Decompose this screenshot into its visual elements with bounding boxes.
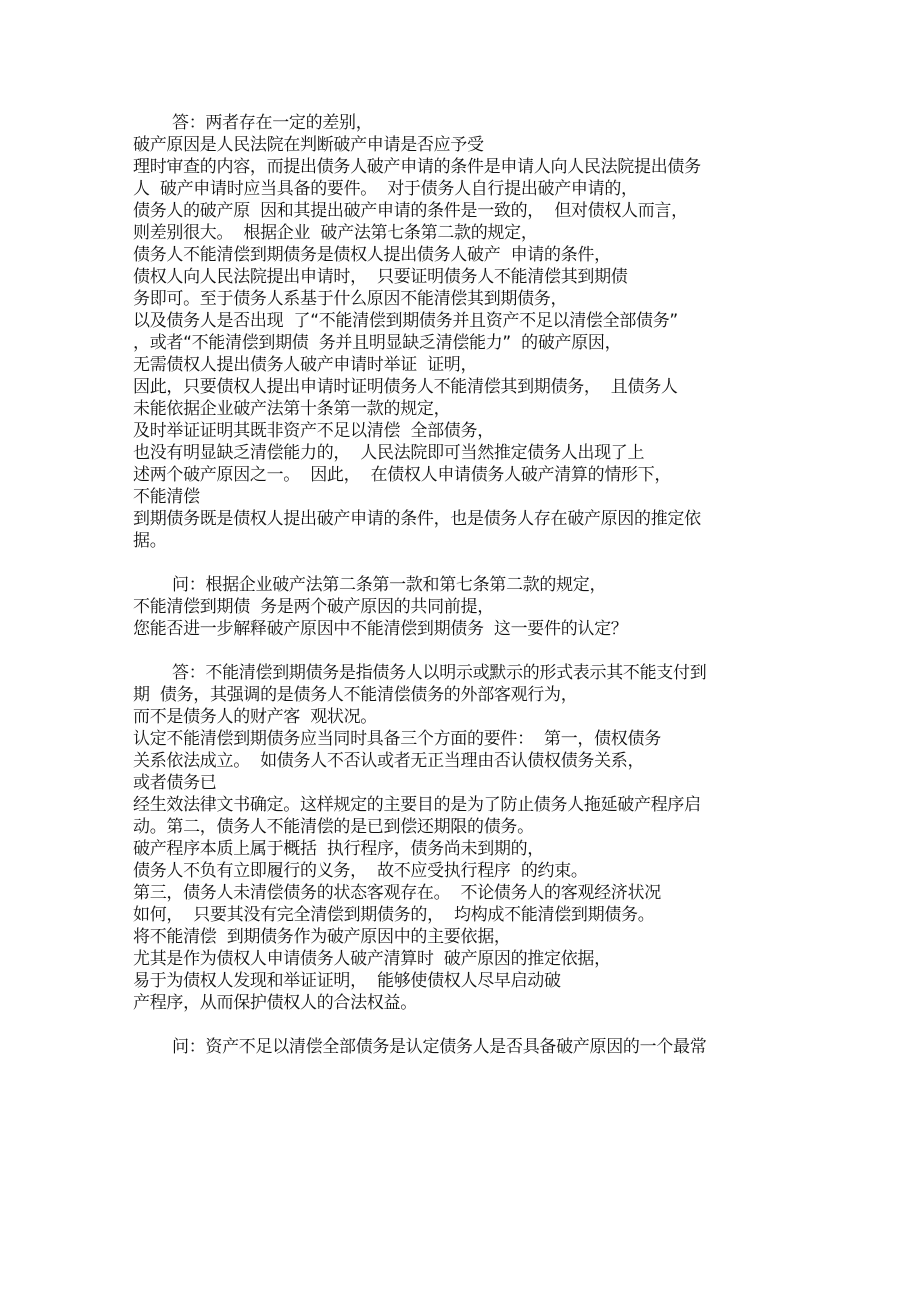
paragraph-answer-2: 答：不能清偿到期债务是指债务人以明示或默示的形式表示其不能支付到 期 债务，其强… [133,662,793,1014]
text-line: 破产原因是人民法院在判断破产申请是否应予受 [133,134,793,156]
text-line: 不能清偿到期债 务是两个破产原因的共同前提， [133,596,793,618]
text-line: 债务人不负有立即履行的义务， 故不应受执行程序 的约束。 [133,860,793,882]
text-line: 第三，债务人未清偿债务的状态客观存在。 不论债务人的客观经济状况 [133,882,793,904]
text-line: 破产程序本质上属于概括 执行程序，债务尚未到期的， [133,838,793,860]
text-line: 将不能清偿 到期债务作为破产原因中的主要依据， [133,926,793,948]
text-line: 而不是债务人的财产客 观状况。 [133,706,793,728]
text-line: 答：不能清偿到期债务是指债务人以明示或默示的形式表示其不能支付到 [133,662,793,684]
text-line: 如何， 只要其没有完全清偿到期债务的， 均构成不能清偿到期债务。 [133,904,793,926]
text-line: 不能清偿 [133,486,793,508]
text-line: 债权人向人民法院提出申请时， 只要证明债务人不能清偿其到期债 [133,266,793,288]
text-line: 务即可。至于债务人系基于什么原因不能清偿其到期债务， [133,288,793,310]
text-line: 债务人的破产原 因和其提出破产申请的条件是一致的， 但对债权人而言， [133,200,793,222]
text-line: 动。第二，债务人不能清偿的是已到偿还期限的债务。 [133,816,793,838]
text-line: 期 债务，其强调的是债务人不能清偿债务的外部客观行为， [133,684,793,706]
text-line: 人 破产申请时应当具备的要件。 对于债务人自行提出破产申请的， [133,178,793,200]
text-line: 因此，只要债权人提出申请时证明债务人不能清偿其到期债务， 且债务人 [133,376,793,398]
text-line: 到期债务既是债权人提出破产申请的条件，也是债务人存在破产原因的推定依 [133,508,793,530]
paragraph-gap [133,640,793,662]
document-page: 答：两者存在一定的差别， 破产原因是人民法院在判断破产申请是否应予受 理时审查的… [133,112,793,1058]
text-line: 问：根据企业破产法第二条第一款和第七条第二款的规定， [133,574,793,596]
text-line: 理时审查的内容，而提出债务人破产申请的条件是申请人向人民法院提出债务 [133,156,793,178]
paragraph-question-2: 问：资产不足以清偿全部债务是认定债务人是否具备破产原因的一个最常 [133,1036,793,1058]
text-line: 债务人不能清偿到期债务是债权人提出债务人破产 申请的条件， [133,244,793,266]
text-line: 关系依法成立。 如债务人不否认或者无正当理由否认债权债务关系， [133,750,793,772]
paragraph-question-1: 问：根据企业破产法第二条第一款和第七条第二款的规定， 不能清偿到期债 务是两个破… [133,574,793,640]
text-line: 则差别很大。 根据企业 破产法第七条第二款的规定， [133,222,793,244]
paragraph-answer-1: 答：两者存在一定的差别， 破产原因是人民法院在判断破产申请是否应予受 理时审查的… [133,112,793,552]
text-line: 未能依据企业破产法第十条第一款的规定， [133,398,793,420]
paragraph-gap [133,552,793,574]
text-line: 也没有明显缺乏清偿能力的， 人民法院即可当然推定债务人出现了上 [133,442,793,464]
text-line: 问：资产不足以清偿全部债务是认定债务人是否具备破产原因的一个最常 [133,1036,793,1058]
text-line: 述两个破产原因之一。 因此， 在债权人申请债务人破产清算的情形下， [133,464,793,486]
text-line: 据。 [133,530,793,552]
text-line: 以及债务人是否出现 了“不能清偿到期债务并且资产不足以清偿全部债务” [133,310,793,332]
text-line: ，或者“不能清偿到期债 务并且明显缺乏清偿能力” 的破产原因， [133,332,793,354]
paragraph-gap [133,1014,793,1036]
text-line: 答：两者存在一定的差别， [133,112,793,134]
text-line: 无需债权人提出债务人破产申请时举证 证明， [133,354,793,376]
text-line: 易于为债权人发现和举证证明， 能够使债权人尽早启动破 [133,970,793,992]
text-line: 认定不能清偿到期债务应当同时具备三个方面的要件： 第一，债权债务 [133,728,793,750]
text-line: 产程序，从而保护债权人的合法权益。 [133,992,793,1014]
text-line: 或者债务已 [133,772,793,794]
text-line: 经生效法律文书确定。这样规定的主要目的是为了防止债务人拖延破产程序启 [133,794,793,816]
text-line: 您能否进一步解释破产原因中不能清偿到期债务 这一要件的认定？ [133,618,793,640]
text-line: 尤其是作为债权人申请债务人破产清算时 破产原因的推定依据， [133,948,793,970]
text-line: 及时举证证明其既非资产不足以清偿 全部债务， [133,420,793,442]
